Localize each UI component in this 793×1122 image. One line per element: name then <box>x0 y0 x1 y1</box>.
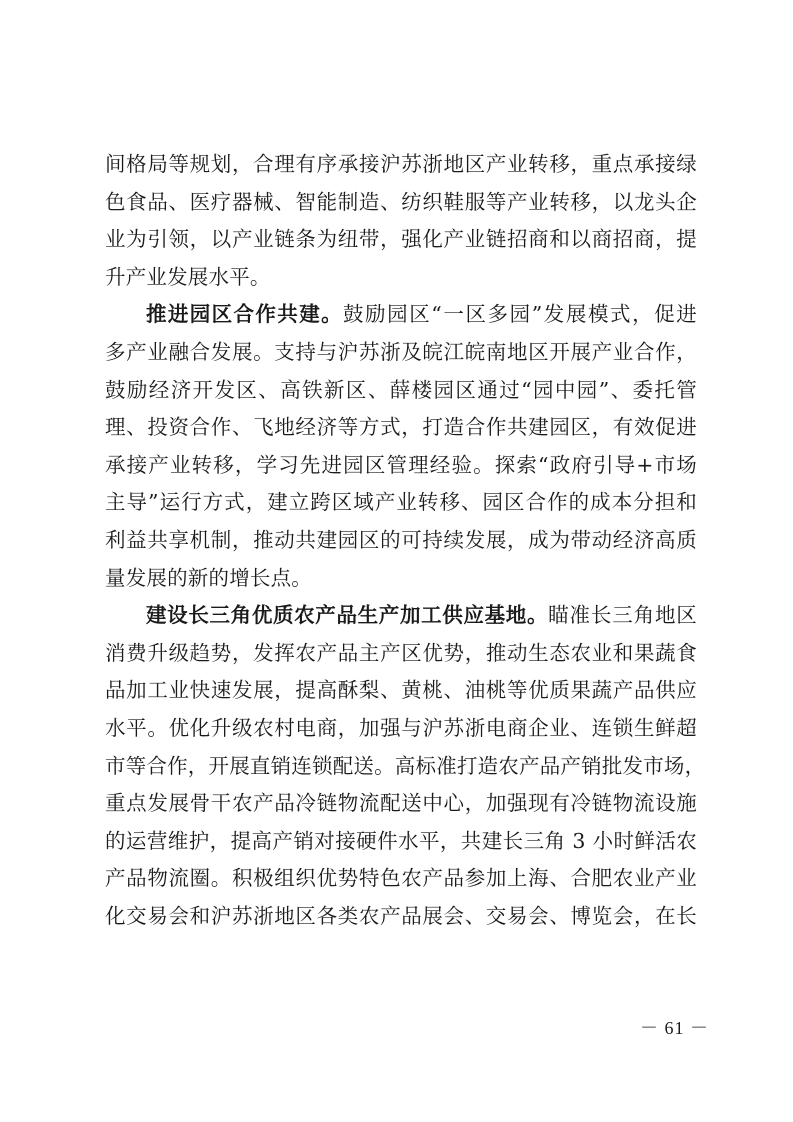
text-line: 产品物流圈。积极组织优势特色农产品参加上海、合肥农业产业 <box>105 860 697 898</box>
text-line: 鼓励经济开发区、高铁新区、薛楼园区通过“园中园”、委托管 <box>105 372 697 410</box>
text-line: 的运营维护，提高产销对接硬件水平，共建长三角 3 小时鲜活农 <box>105 823 697 861</box>
text-line: 业为引领，以产业链条为纽带，强化产业链招商和以商招商，提 <box>105 221 697 259</box>
text-line: 市等合作，开展直销连锁配送。高标准打造农产品产销批发市场， <box>105 748 697 786</box>
text-line: 主导”运行方式，建立跨区域产业转移、园区合作的成本分担和 <box>105 484 697 522</box>
text-line: 理、投资合作、飞地经济等方式，打造合作共建园区，有效促进 <box>105 409 697 447</box>
paragraph-heading: 建设长三角优质农产品生产加工供应基地。 <box>146 603 548 627</box>
text-line: 重点发展骨干农产品冷链物流配送中心，加强现有冷链物流设施 <box>105 785 697 823</box>
text-line: 承接产业转移，学习先进园区管理经验。探索“政府引导+市场 <box>105 447 697 485</box>
text-span: 瞄准长三角地区 <box>548 603 697 627</box>
text-span: 鼓励园区“一区多园”发展模式，促进 <box>343 302 697 326</box>
text-line: 利益共享机制，推动共建园区的可持续发展，成为带动经济高质 <box>105 522 697 560</box>
text-line: 消费升级趋势，发挥农产品主产区优势，推动生态农业和果蔬食 <box>105 635 697 673</box>
text-line: 间格局等规划，合理有序承接沪苏浙地区产业转移，重点承接绿 <box>105 146 697 184</box>
text-line: 多产业融合发展。支持与沪苏浙及皖江皖南地区开展产业合作， <box>105 334 697 372</box>
paragraph-first-line: 推进园区合作共建。鼓励园区“一区多园”发展模式，促进 <box>105 296 697 334</box>
text-line: 量发展的新的增长点。 <box>105 560 697 598</box>
paragraph-first-line: 建设长三角优质农产品生产加工供应基地。瞄准长三角地区 <box>105 597 697 635</box>
document-page: 间格局等规划，合理有序承接沪苏浙地区产业转移，重点承接绿 色食品、医疗器械、智能… <box>0 0 793 1122</box>
paragraph-heading: 推进园区合作共建。 <box>146 302 343 326</box>
text-line: 色食品、医疗器械、智能制造、纺织鞋服等产业转移，以龙头企 <box>105 184 697 222</box>
text-line: 升产业发展水平。 <box>105 259 697 297</box>
text-line: 化交易会和沪苏浙地区各类农产品展会、交易会、博览会，在长 <box>105 898 697 936</box>
page-number: － 61 － <box>640 1014 709 1040</box>
body-text: 间格局等规划，合理有序承接沪苏浙地区产业转移，重点承接绿 色食品、医疗器械、智能… <box>105 146 697 935</box>
text-line: 品加工业快速发展，提高酥梨、黄桃、油桃等优质果蔬产品供应 <box>105 672 697 710</box>
text-line: 水平。优化升级农村电商，加强与沪苏浙电商企业、连锁生鲜超 <box>105 710 697 748</box>
